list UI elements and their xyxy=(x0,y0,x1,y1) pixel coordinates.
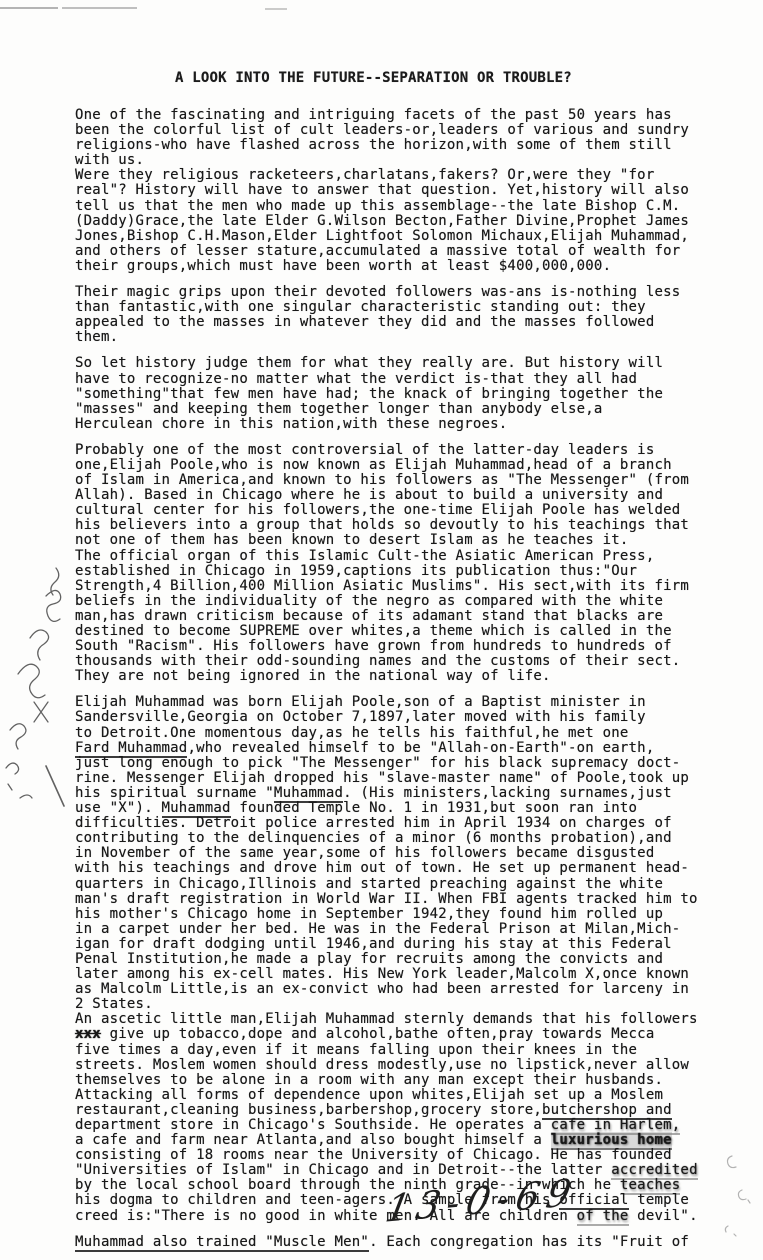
scan-artifact-line xyxy=(0,7,58,9)
paragraph-magic-grips: Their magic grips upon their devoted fol… xyxy=(75,285,735,345)
text-segment-smudge: of the xyxy=(577,1208,629,1226)
text-segment: One of the fascinating and intriguing fa… xyxy=(75,107,689,274)
page-title: A LOOK INTO THE FUTURE--SEPARATION OR TR… xyxy=(175,70,572,86)
paragraph-controversial-leader: Probably one of the most controversial o… xyxy=(75,443,735,685)
pencil-marks xyxy=(718,1130,763,1245)
handwritten-marginalia xyxy=(0,552,80,832)
paragraph-history-judge: So let history judge them for what they … xyxy=(75,356,735,431)
text-segment: department store in Chicago's Southside.… xyxy=(75,1117,551,1133)
text-segment-strike: xxx xyxy=(75,1026,101,1042)
text-segment: . Each congregation has its "Fruit of xyxy=(369,1234,689,1250)
scan-artifact-line xyxy=(265,8,287,10)
text-segment: So let history judge them for what they … xyxy=(75,355,663,431)
paragraph-biography: Elijah Muhammad was born Elijah Poole,so… xyxy=(75,695,735,1223)
text-segment: founded Temple No. 1 in 1931,but soon ra… xyxy=(75,800,698,1027)
text-segment-u: Muhammad also trained "Muscle Men" xyxy=(75,1234,369,1252)
scanned-document-page: A LOOK INTO THE FUTURE--SEPARATION OR TR… xyxy=(0,0,763,1260)
text-segment: a cafe and farm near Atlanta,and also bo… xyxy=(75,1132,551,1148)
text-segment: Probably one of the most controversial o… xyxy=(75,442,689,684)
paragraph-intro: One of the fascinating and intriguing fa… xyxy=(75,108,735,274)
text-segment: consisting of 18 rooms near the Universi… xyxy=(75,1147,672,1178)
paragraph-muscle-men: Muhammad also trained "Muscle Men". Each… xyxy=(75,1235,735,1250)
text-segment: devil". xyxy=(629,1208,698,1224)
text-segment: Their magic grips upon their devoted fol… xyxy=(75,284,680,345)
scan-artifact-line xyxy=(62,7,137,9)
text-segment: Elijah Muhammad was born Elijah Poole,so… xyxy=(75,694,646,740)
document-body: One of the fascinating and intriguing fa… xyxy=(75,108,735,1260)
